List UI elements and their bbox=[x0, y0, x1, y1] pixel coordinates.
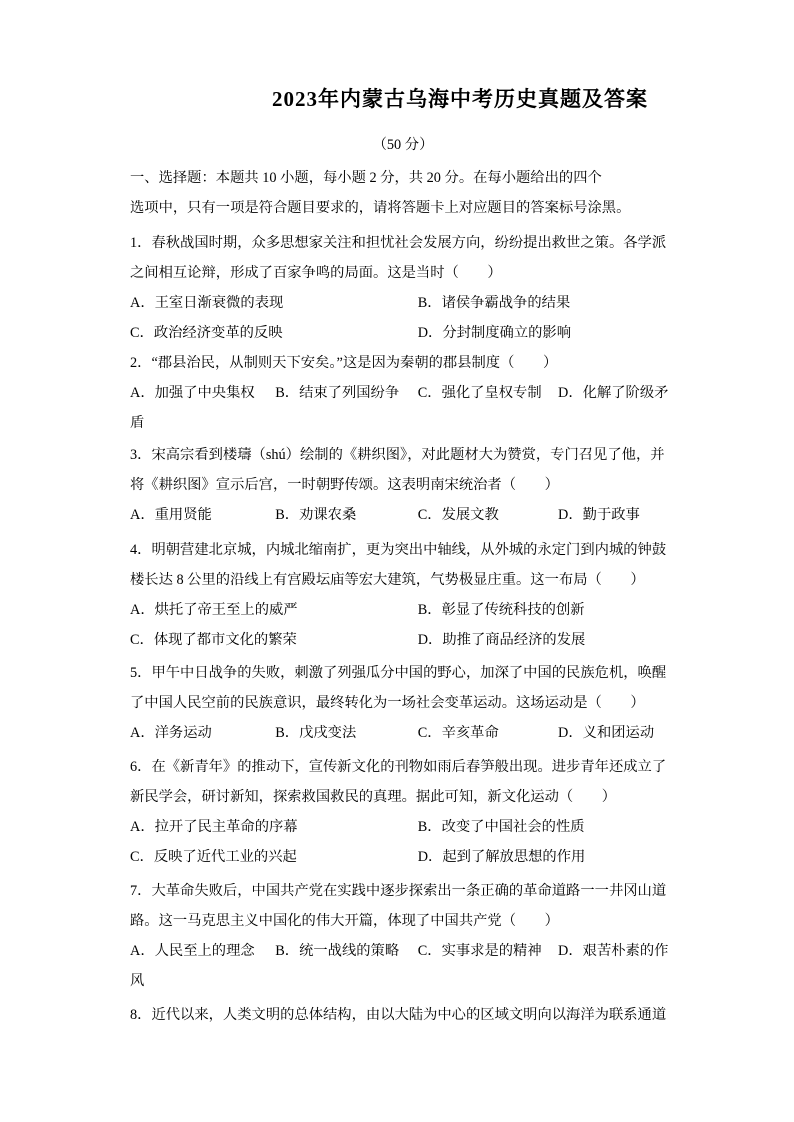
question-2: 2．“郡县治民，从制则天下安矣。”这是因为秦朝的郡县制度（ ） A．加强了中央集… bbox=[130, 348, 676, 438]
option-d: D．分封制度确立的影响 bbox=[418, 318, 676, 348]
option-d: D．化解了阶级矛 bbox=[558, 378, 676, 408]
option-d-overflow: 风 bbox=[130, 966, 676, 996]
option-a: A．人民至上的理念 bbox=[130, 936, 275, 966]
option-a: A．拉开了民主革命的序幕 bbox=[130, 812, 418, 842]
option-row: A．加强了中央集权 B．结束了列国纷争 C．强化了皇权专制 D．化解了阶级矛 bbox=[130, 378, 676, 408]
exam-document-page: 2023年内蒙古乌海中考历史真题及答案 （50 分） 一、选择题：本题共 10 … bbox=[0, 0, 794, 1122]
option-b: B．诸侯争霸战争的结果 bbox=[418, 288, 676, 318]
option-b: B．劝课农桑 bbox=[275, 500, 418, 530]
question-stem-line: 8．近代以来，人类文明的总体结构，由以大陆为中心的区域文明向以海洋为联系通道 bbox=[130, 1000, 676, 1030]
section-heading-line: 选项中，只有一项是符合题目要求的，请将答题卡上对应题目的答案标号涂黑。 bbox=[130, 193, 676, 223]
option-b: B．戊戌变法 bbox=[275, 718, 418, 748]
option-d: D．起到了解放思想的作用 bbox=[418, 842, 676, 872]
option-c: C．辛亥革命 bbox=[418, 718, 558, 748]
section-heading-line: 一、选择题：本题共 10 小题，每小题 2 分，共 20 分。在每小题给出的四个 bbox=[130, 163, 676, 193]
question-stem-line: 之间相互论辩，形成了百家争鸣的局面。这是当时（ ） bbox=[130, 258, 676, 288]
question-stem-line: 7．大革命失败后，中国共产党在实践中逐步探索出一条正确的革命道路一一井冈山道 bbox=[130, 876, 676, 906]
question-stem-line: 6．在《新青年》的推动下，宣传新文化的刊物如雨后春笋般出现。进步青年还成立了 bbox=[130, 752, 676, 782]
option-a: A．加强了中央集权 bbox=[130, 378, 275, 408]
question-stem-line: 3．宋高宗看到楼璹（shú）绘制的《耕织图》，对此题材大为赞赏，专门召见了他，并 bbox=[130, 440, 676, 470]
question-stem-line: 1．春秋战国时期，众多思想家关注和担忧社会发展方向，纷纷提出救世之策。各学派 bbox=[130, 228, 676, 258]
question-3: 3．宋高宗看到楼璹（shú）绘制的《耕织图》，对此题材大为赞赏，专门召见了他，并… bbox=[130, 440, 676, 530]
question-6: 6．在《新青年》的推动下，宣传新文化的刊物如雨后春笋般出现。进步青年还成立了 新… bbox=[130, 752, 676, 872]
section-heading: 一、选择题：本题共 10 小题，每小题 2 分，共 20 分。在每小题给出的四个… bbox=[130, 163, 676, 223]
option-row: C．政治经济变革的反映 D．分封制度确立的影响 bbox=[130, 318, 676, 348]
question-stem-line: 新民学会，研讨新知，探索救国救民的真理。据此可知，新文化运动（ ） bbox=[130, 782, 676, 812]
page-title: 2023年内蒙古乌海中考历史真题及答案 bbox=[130, 84, 676, 114]
question-stem-line: 路。这一马克思主义中国化的伟大开篇，体现了中国共产党（ ） bbox=[130, 906, 676, 936]
option-d-overflow: 盾 bbox=[130, 408, 676, 438]
option-a: A．重用贤能 bbox=[130, 500, 275, 530]
option-row: A．拉开了民主革命的序幕 B．改变了中国社会的性质 bbox=[130, 812, 676, 842]
option-d: D．义和团运动 bbox=[558, 718, 676, 748]
option-c: C．反映了近代工业的兴起 bbox=[130, 842, 418, 872]
option-row: A．人民至上的理念 B．统一战线的策略 C．实事求是的精神 D．艰苦朴素的作 bbox=[130, 936, 676, 966]
option-b: B．改变了中国社会的性质 bbox=[418, 812, 676, 842]
option-b: B．结束了列国纷争 bbox=[275, 378, 418, 408]
question-1: 1．春秋战国时期，众多思想家关注和担忧社会发展方向，纷纷提出救世之策。各学派 之… bbox=[130, 228, 676, 348]
question-5: 5．甲午中日战争的失败，刺激了列强瓜分中国的野心，加深了中国的民族危机，唤醒 了… bbox=[130, 658, 676, 748]
question-8: 8．近代以来，人类文明的总体结构，由以大陆为中心的区域文明向以海洋为联系通道 bbox=[130, 1000, 676, 1030]
score-note: （50 分） bbox=[130, 130, 676, 160]
question-7: 7．大革命失败后，中国共产党在实践中逐步探索出一条正确的革命道路一一井冈山道 路… bbox=[130, 876, 676, 996]
option-b: B．彰显了传统科技的创新 bbox=[418, 595, 676, 625]
option-row: A．王室日渐衰微的表现 B．诸侯争霸战争的结果 bbox=[130, 288, 676, 318]
option-row: C．体现了都市文化的繁荣 D．助推了商品经济的发展 bbox=[130, 625, 676, 655]
option-a: A．洋务运动 bbox=[130, 718, 275, 748]
question-4: 4．明朝营建北京城，内城北缩南扩，更为突出中轴线，从外城的永定门到内城的钟鼓 楼… bbox=[130, 535, 676, 655]
option-c: C．实事求是的精神 bbox=[418, 936, 558, 966]
option-c: C．强化了皇权专制 bbox=[418, 378, 558, 408]
option-c: C．体现了都市文化的繁荣 bbox=[130, 625, 418, 655]
question-stem-line: 2．“郡县治民，从制则天下安矣。”这是因为秦朝的郡县制度（ ） bbox=[130, 348, 676, 378]
option-row: A．烘托了帝王至上的威严 B．彰显了传统科技的创新 bbox=[130, 595, 676, 625]
page-content: 2023年内蒙古乌海中考历史真题及答案 （50 分） 一、选择题：本题共 10 … bbox=[130, 84, 676, 1030]
option-row: A．洋务运动 B．戊戌变法 C．辛亥革命 D．义和团运动 bbox=[130, 718, 676, 748]
option-c: C．政治经济变革的反映 bbox=[130, 318, 418, 348]
question-stem-line: 将《耕织图》宣示后宫，一时朝野传颂。这表明南宋统治者（ ） bbox=[130, 470, 676, 500]
question-stem-line: 5．甲午中日战争的失败，刺激了列强瓜分中国的野心，加深了中国的民族危机，唤醒 bbox=[130, 658, 676, 688]
question-stem-line: 4．明朝营建北京城，内城北缩南扩，更为突出中轴线，从外城的永定门到内城的钟鼓 bbox=[130, 535, 676, 565]
option-row: A．重用贤能 B．劝课农桑 C．发展文教 D．勤于政事 bbox=[130, 500, 676, 530]
option-d: D．艰苦朴素的作 bbox=[558, 936, 676, 966]
option-a: A．王室日渐衰微的表现 bbox=[130, 288, 418, 318]
question-stem-line: 了中国人民空前的民族意识，最终转化为一场社会变革运动。这场运动是（ ） bbox=[130, 688, 676, 718]
option-c: C．发展文教 bbox=[418, 500, 558, 530]
option-a: A．烘托了帝王至上的威严 bbox=[130, 595, 418, 625]
option-d: D．助推了商品经济的发展 bbox=[418, 625, 676, 655]
option-row: C．反映了近代工业的兴起 D．起到了解放思想的作用 bbox=[130, 842, 676, 872]
option-b: B．统一战线的策略 bbox=[275, 936, 418, 966]
question-stem-line: 楼长达 8 公里的沿线上有宫殿坛庙等宏大建筑，气势极显庄重。这一布局（ ） bbox=[130, 565, 676, 595]
option-d: D．勤于政事 bbox=[558, 500, 676, 530]
